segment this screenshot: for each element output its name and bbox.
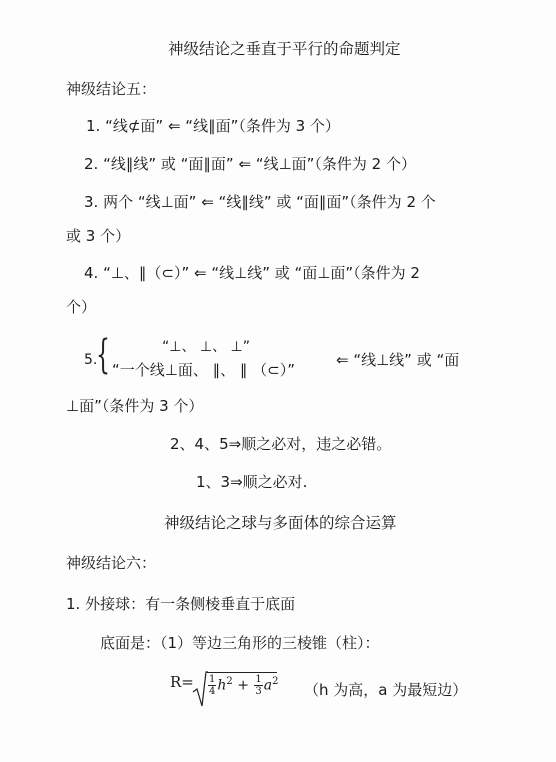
exponent-a: 2	[272, 676, 278, 687]
rule-item-5-line2: ⊥面”（条件为 3 个）	[66, 396, 203, 416]
rule-item-5-rhs: ⇐ “线⊥线” 或 “面	[336, 350, 459, 370]
rule-item-3-line2: 或 3 个）	[66, 226, 130, 246]
rule-item-4-line1: 4. “⊥、∥（⊂）” ⇐ “线⊥线” 或 “面⊥面”（条件为 2	[84, 263, 420, 283]
conclusion-five-heading: 神级结论五：	[66, 79, 156, 99]
rule-item-5-brace-top: “⊥、 ⊥、 ⊥”	[162, 337, 250, 357]
circumscribed-sphere-item: 1. 外接球：有一条侧棱垂直于底面	[66, 594, 295, 614]
rule-item-4-line2: 个）	[66, 297, 96, 317]
radicand: 14h2 + 13a2	[207, 674, 279, 697]
summary-correct: 1、3⇒顺之必对.	[196, 472, 307, 492]
variable-a: a	[264, 678, 272, 694]
base-description: 底面是：（1）等边三角形的三棱锥（柱）：	[100, 633, 380, 653]
exponent-h: 2	[226, 676, 232, 687]
sphere-radius-formula: R=	[170, 673, 194, 691]
conclusion-six-heading: 神级结论六：	[66, 553, 156, 573]
square-root-icon	[192, 670, 208, 708]
summary-correct-and-wrong: 2、4、5⇒顺之必对，违之必错。	[170, 434, 391, 454]
rule-item-1: 1. “线⊄面” ⇐ “线∥面”（条件为 3 个）	[86, 116, 340, 136]
left-brace-icon: {	[96, 335, 110, 375]
rule-item-3-line1: 3. 两个 “线⊥面” ⇐ “线∥线” 或 “面∥面”（条件为 2 个	[84, 192, 436, 212]
plus-sign: +	[237, 678, 249, 694]
fraction-one-third: 13	[254, 674, 262, 697]
section-title-sphere-polyhedron: 神级结论之球与多面体的综合运算	[164, 513, 397, 533]
radical-bar	[207, 672, 277, 673]
rule-item-2: 2. “线∥线” 或 “面∥面” ⇐ “线⊥面”（条件为 2 个）	[84, 154, 416, 174]
formula-lhs: R=	[170, 673, 194, 691]
section-title-perpendicular-parallel: 神级结论之垂直于平行的命题判定	[168, 39, 401, 59]
formula-note: （h 为高，a 为最短边）	[304, 680, 467, 700]
fraction-one-quarter: 14	[208, 674, 216, 697]
rule-item-5-brace-bottom: “一个线⊥面、 ∥、 ∥ （⊂）”	[112, 360, 295, 380]
